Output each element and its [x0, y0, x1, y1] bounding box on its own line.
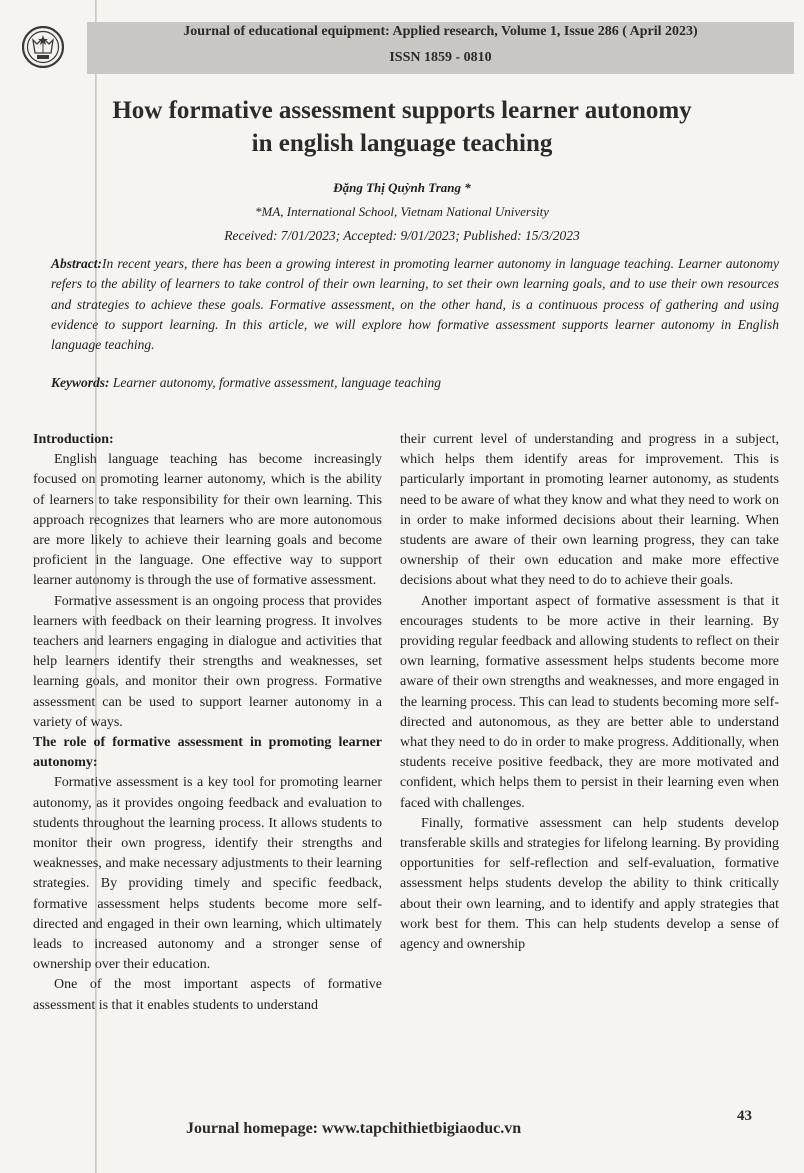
journal-crest-logo-icon [22, 26, 64, 68]
article-title: How formative assessment supports learne… [20, 94, 784, 160]
section-heading-role: The role of formative assessment in prom… [33, 733, 382, 773]
paragraph: Formative assessment is an ongoing proce… [33, 592, 382, 733]
journal-citation-line: Journal of educational equipment: Applie… [87, 24, 794, 40]
author-affiliation: *MA, International School, Vietnam Natio… [0, 204, 804, 220]
paragraph: Another important aspect of formative as… [400, 592, 779, 814]
abstract-label: Abstract: [51, 256, 102, 271]
publication-dates: Received: 7/01/2023; Accepted: 9/01/2023… [0, 228, 804, 244]
journal-homepage-footer: Journal homepage: www.tapchithietbigiaod… [186, 1120, 521, 1138]
paragraph: their current level of understanding and… [400, 430, 779, 592]
section-heading-introduction: Introduction: [33, 430, 382, 450]
keywords-label: Keywords: [51, 375, 110, 390]
body-column-right: their current level of understanding and… [400, 430, 779, 955]
paragraph: English language teaching has become inc… [33, 450, 382, 591]
article-title-line-1: How formative assessment supports learne… [112, 97, 691, 124]
body-column-left: Introduction: English language teaching … [33, 430, 382, 1016]
paragraph: Finally, formative assessment can help s… [400, 814, 779, 955]
abstract: Abstract:In recent years, there has been… [51, 254, 779, 355]
issn-line: ISSN 1859 - 0810 [87, 50, 794, 66]
abstract-text: In recent years, there has been a growin… [51, 256, 779, 352]
keywords: Keywords: Learner autonomy, formative as… [51, 375, 779, 391]
keywords-text: Learner autonomy, formative assessment, … [110, 375, 441, 390]
paragraph: Formative assessment is a key tool for p… [33, 773, 382, 975]
article-title-line-2: in english language teaching [252, 130, 553, 157]
paragraph: One of the most important aspects of for… [33, 975, 382, 1015]
author-name: Đặng Thị Quỳnh Trang * [0, 180, 804, 196]
page-number: 43 [737, 1108, 752, 1125]
